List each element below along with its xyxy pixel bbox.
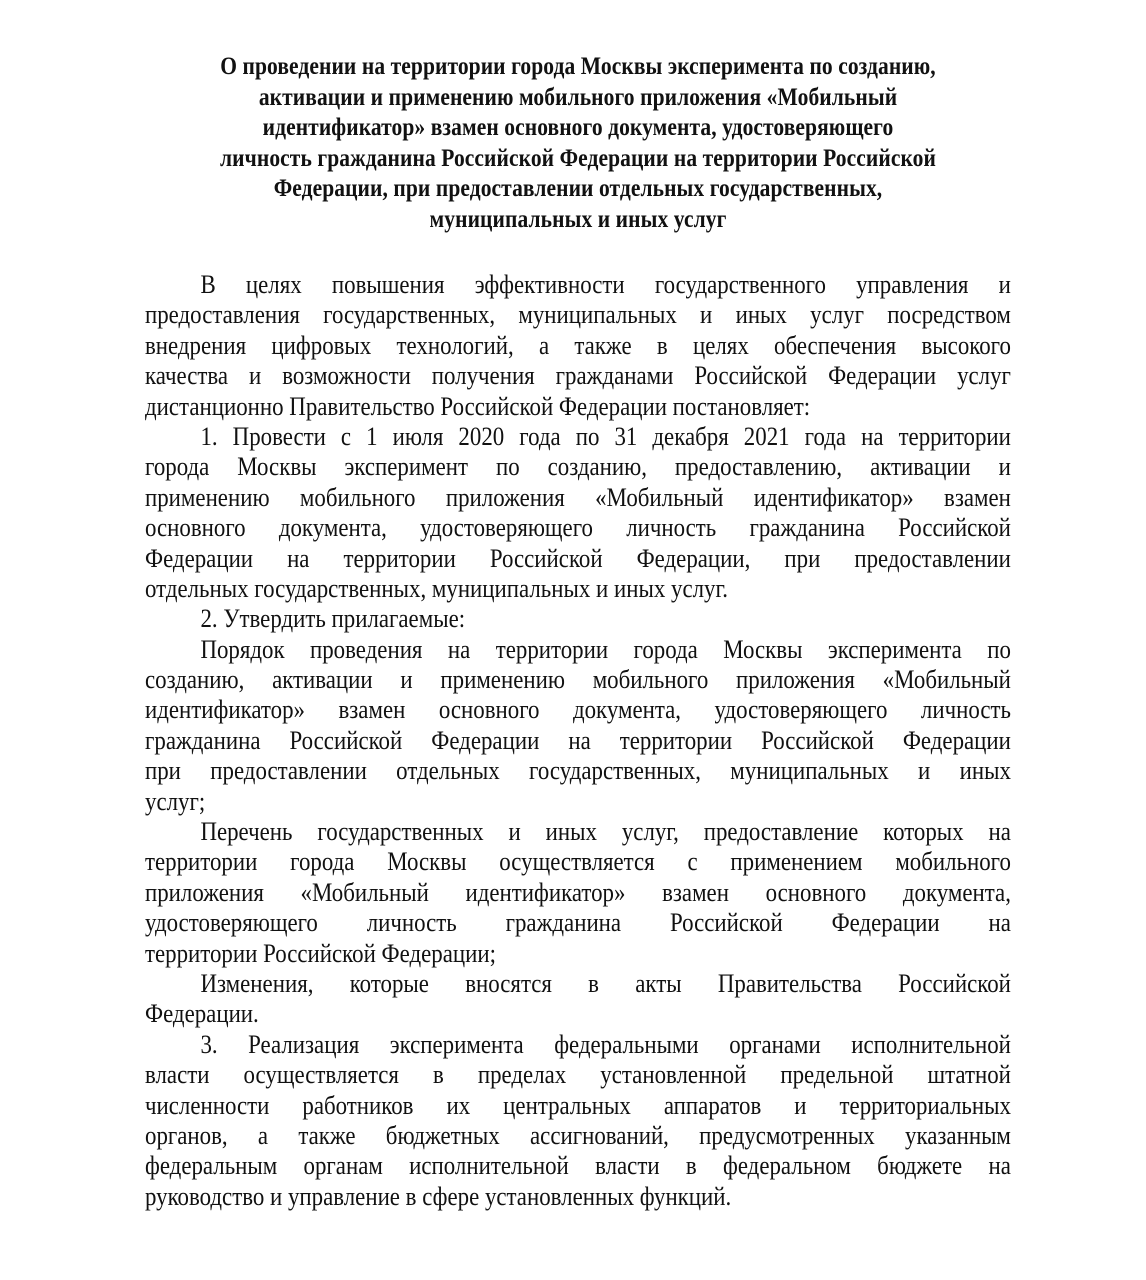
text-line: руководство и управление в сфере установ…: [145, 1182, 1011, 1212]
paragraph-preamble: В целях повышения эффективности государс…: [145, 270, 1011, 422]
text-line: территории города Москвы осуществляется …: [145, 847, 1011, 877]
text-line: приложения «Мобильный идентификатор» вза…: [145, 878, 1011, 908]
text-line: 1. Провести с 1 июля 2020 года по 31 дек…: [145, 422, 1011, 452]
paragraph-clause-2-list: Перечень государственных и иных услуг, п…: [145, 817, 1011, 969]
title-line: идентификатор» взамен основного документ…: [193, 113, 964, 144]
text-line: власти осуществляется в пределах установ…: [145, 1060, 1011, 1090]
text-line: города Москвы эксперимент по созданию, п…: [145, 452, 1011, 482]
text-line: услуг;: [145, 787, 1011, 817]
text-line: Федерации.: [145, 999, 1011, 1029]
text-line: 2. Утвердить прилагаемые:: [145, 604, 1011, 634]
title-line: активации и применению мобильного прилож…: [193, 83, 964, 114]
document-page: О проведении на территории города Москвы…: [0, 0, 1146, 1280]
text-line: качества и возможности получения граждан…: [145, 361, 1011, 391]
text-line: Порядок проведения на территории города …: [145, 635, 1011, 665]
title-line: муниципальных и иных услуг: [193, 205, 964, 236]
paragraph-clause-2: 2. Утвердить прилагаемые:: [145, 604, 1011, 634]
text-line: предоставления государственных, муниципа…: [145, 300, 1011, 330]
text-line: территории Российской Федерации;: [145, 939, 1011, 969]
text-line: Изменения, которые вносятся в акты Прави…: [145, 969, 1011, 999]
text-line: созданию, активации и применению мобильн…: [145, 665, 1011, 695]
document-title: О проведении на территории города Москвы…: [130, 52, 1026, 235]
text-line: Федерации на территории Российской Федер…: [145, 544, 1011, 574]
title-line: Федерации, при предоставлении отдельных …: [193, 174, 964, 205]
text-line: численности работников их центральных ап…: [145, 1091, 1011, 1121]
text-line: гражданина Российской Федерации на терри…: [145, 726, 1011, 756]
paragraph-clause-2-changes: Изменения, которые вносятся в акты Прави…: [145, 969, 1011, 1030]
text-line: органов, а также бюджетных ассигнований,…: [145, 1121, 1011, 1151]
text-line: удостоверяющего личность гражданина Росс…: [145, 908, 1011, 938]
text-line: отдельных государственных, муниципальных…: [145, 574, 1011, 604]
text-line: 3. Реализация эксперимента федеральными …: [145, 1030, 1011, 1060]
paragraph-clause-3: 3. Реализация эксперимента федеральными …: [145, 1030, 1011, 1212]
text-line: Перечень государственных и иных услуг, п…: [145, 817, 1011, 847]
text-line: дистанционно Правительство Российской Фе…: [145, 392, 1011, 422]
text-line: идентификатор» взамен основного документ…: [145, 695, 1011, 725]
title-line: О проведении на территории города Москвы…: [193, 52, 964, 83]
text-line: В целях повышения эффективности государс…: [145, 270, 1011, 300]
text-line: федеральным органам исполнительной власт…: [145, 1151, 1011, 1181]
text-line: применению мобильного приложения «Мобиль…: [145, 483, 1011, 513]
paragraph-clause-2-procedure: Порядок проведения на территории города …: [145, 635, 1011, 817]
text-line: основного документа, удостоверяющего лич…: [145, 513, 1011, 543]
title-line: личность гражданина Российской Федерации…: [193, 144, 964, 175]
paragraph-clause-1: 1. Провести с 1 июля 2020 года по 31 дек…: [145, 422, 1011, 604]
document-body: В целях повышения эффективности государс…: [145, 270, 1011, 1212]
text-line: при предоставлении отдельных государстве…: [145, 756, 1011, 786]
text-line: внедрения цифровых технологий, а также в…: [145, 331, 1011, 361]
